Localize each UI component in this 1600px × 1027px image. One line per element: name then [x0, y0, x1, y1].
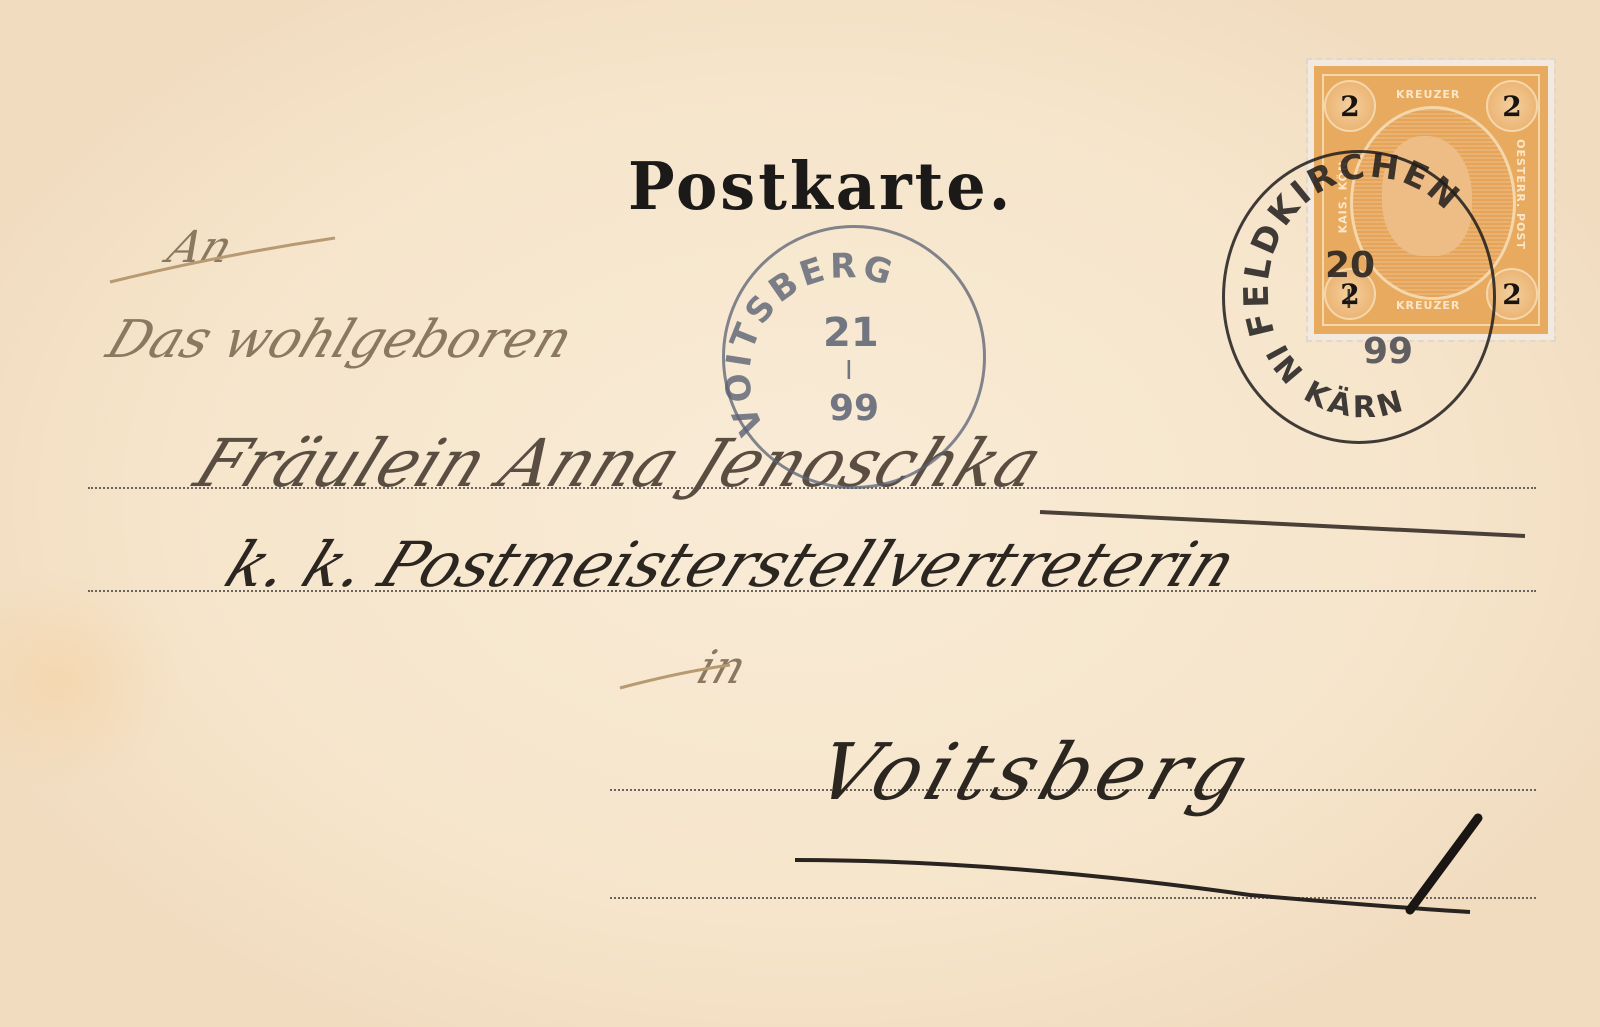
stamp-denomination-top: KREUZER [1396, 88, 1460, 101]
handwriting-in: in [691, 640, 753, 694]
handwriting-an: An [161, 222, 240, 273]
postmark-feldkirchen-month: I [1345, 285, 1353, 315]
handwriting-office: k. k. Postmeisterstellvertreterin [215, 528, 1247, 601]
stamp-country: OESTERR. POST [1514, 139, 1527, 250]
stamp-value-top-left: 2 [1324, 80, 1376, 132]
handwriting-city: Voitsberg [805, 728, 1264, 818]
postmark-voitsberg-ring-text: VOITSBERG [725, 228, 983, 486]
address-line-4 [610, 897, 1536, 899]
postmark-voitsberg-year: 99 [829, 388, 879, 429]
postcard: Postkarte. An Das wohlgeboren Fräulein A… [0, 0, 1600, 1027]
postcard-title: Postkarte. [628, 148, 1013, 225]
stamp-value-top-right: 2 [1486, 80, 1538, 132]
postmark-feldkirchen-day: 20 [1325, 245, 1375, 286]
postmark-voitsberg: VOITSBERG 21 I 99 [722, 225, 986, 489]
postmark-voitsberg-month: I [845, 356, 853, 386]
postmark-voitsberg-day: 21 [823, 310, 879, 356]
postmark-feldkirchen-year: 99 [1363, 331, 1413, 372]
postmark-feldkirchen: FELDKIRCHEN IN KÄRN 20 I 99 [1222, 150, 1496, 444]
postmark-feldkirchen-ring-text: FELDKIRCHEN IN KÄRN [1225, 153, 1493, 441]
handwriting-honorific: Das wohlgeboren [99, 310, 580, 370]
